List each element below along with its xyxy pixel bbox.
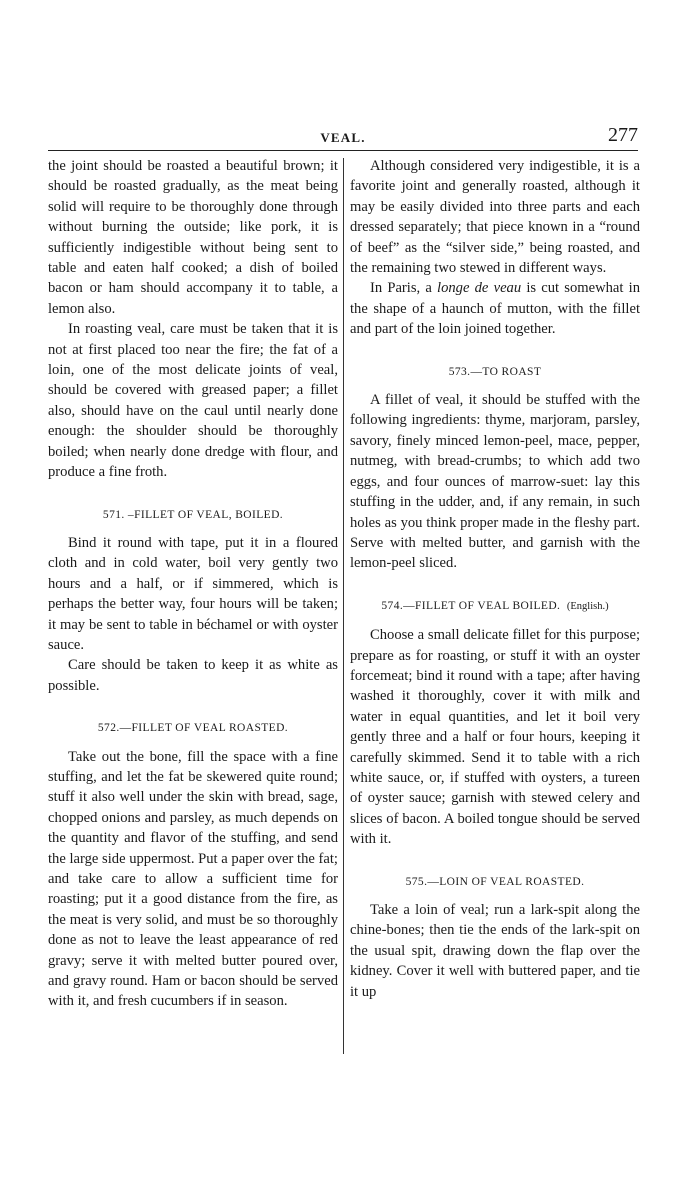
paragraph: In roasting veal, care must be taken tha… [48, 319, 338, 482]
paragraph: Take a loin of veal; run a lark-spit alo… [350, 900, 640, 1002]
paragraph: the joint should be roasted a beautiful … [48, 156, 338, 319]
left-column: the joint should be roasted a beautiful … [48, 156, 338, 1012]
text: In Paris, a [370, 280, 437, 296]
page-number: 277 [608, 124, 638, 147]
recipe-heading-573: 573.—TO ROAST [350, 362, 640, 382]
paragraph: A fillet of veal, it should be stuffed w… [350, 390, 640, 574]
paragraph: In Paris, a longe de veau is cut some­wh… [350, 278, 640, 339]
paragraph: Choose a small delicate fillet for this … [350, 625, 640, 849]
column-divider [343, 158, 344, 1054]
paragraph: Bind it round with tape, put it in a flo… [48, 533, 338, 655]
heading-text: 574.—FILLET OF VEAL BOILED. [381, 600, 560, 612]
page-header: VEAL. 277 [48, 94, 638, 151]
recipe-heading-572: 572.—FILLET OF VEAL ROASTED. [48, 718, 338, 738]
recipe-heading-574: 574.—FILLET OF VEAL BOILED. (English.) [350, 596, 640, 617]
recipe-heading-571: 571. –FILLET OF VEAL, BOILED. [48, 505, 338, 525]
recipe-heading-575: 575.—LOIN OF VEAL ROASTED. [350, 872, 640, 892]
paragraph: Take out the bone, fill the space with a… [48, 747, 338, 1012]
paragraph: Although considered very indigestible, i… [350, 156, 640, 278]
paragraph: Care should be taken to keep it as white… [48, 655, 338, 696]
heading-note: (English.) [567, 601, 609, 612]
italic-term: longe de veau [437, 280, 521, 296]
running-head: VEAL. [48, 130, 638, 146]
right-column: Although considered very indigestible, i… [350, 156, 640, 1002]
